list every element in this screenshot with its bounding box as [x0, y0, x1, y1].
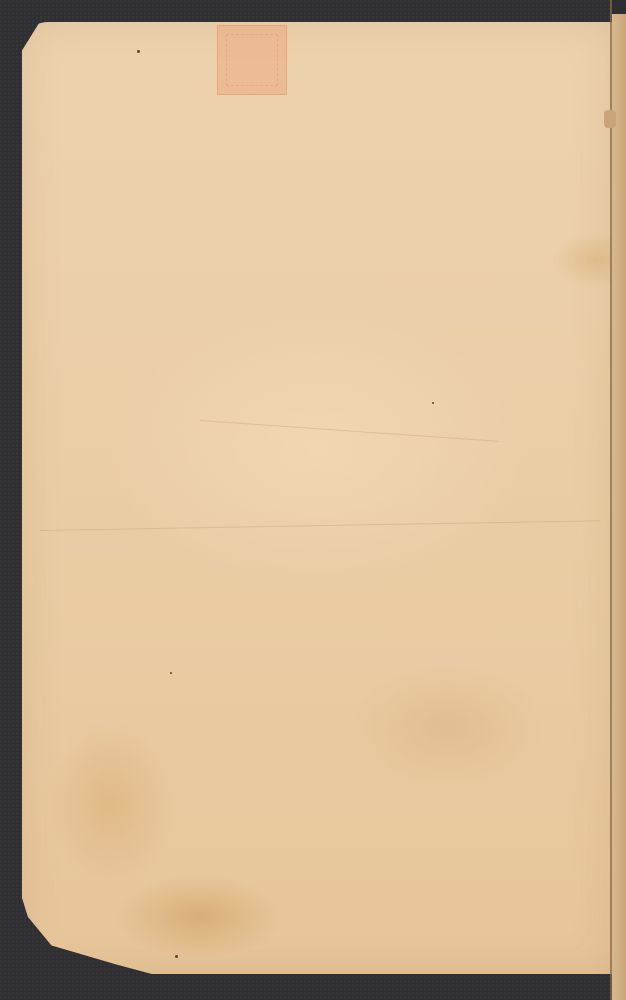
binding-edge-line [610, 0, 612, 1000]
book-page [22, 22, 612, 974]
red-seal-stamp [217, 25, 287, 95]
ink-speck [170, 672, 172, 674]
seal-inner-border [226, 34, 278, 86]
ink-speck [137, 50, 140, 53]
ink-speck [432, 402, 434, 404]
ink-speck [175, 955, 178, 958]
spine-shadow [612, 0, 626, 14]
binding-tab [604, 110, 616, 128]
binding-spine [612, 0, 626, 1000]
